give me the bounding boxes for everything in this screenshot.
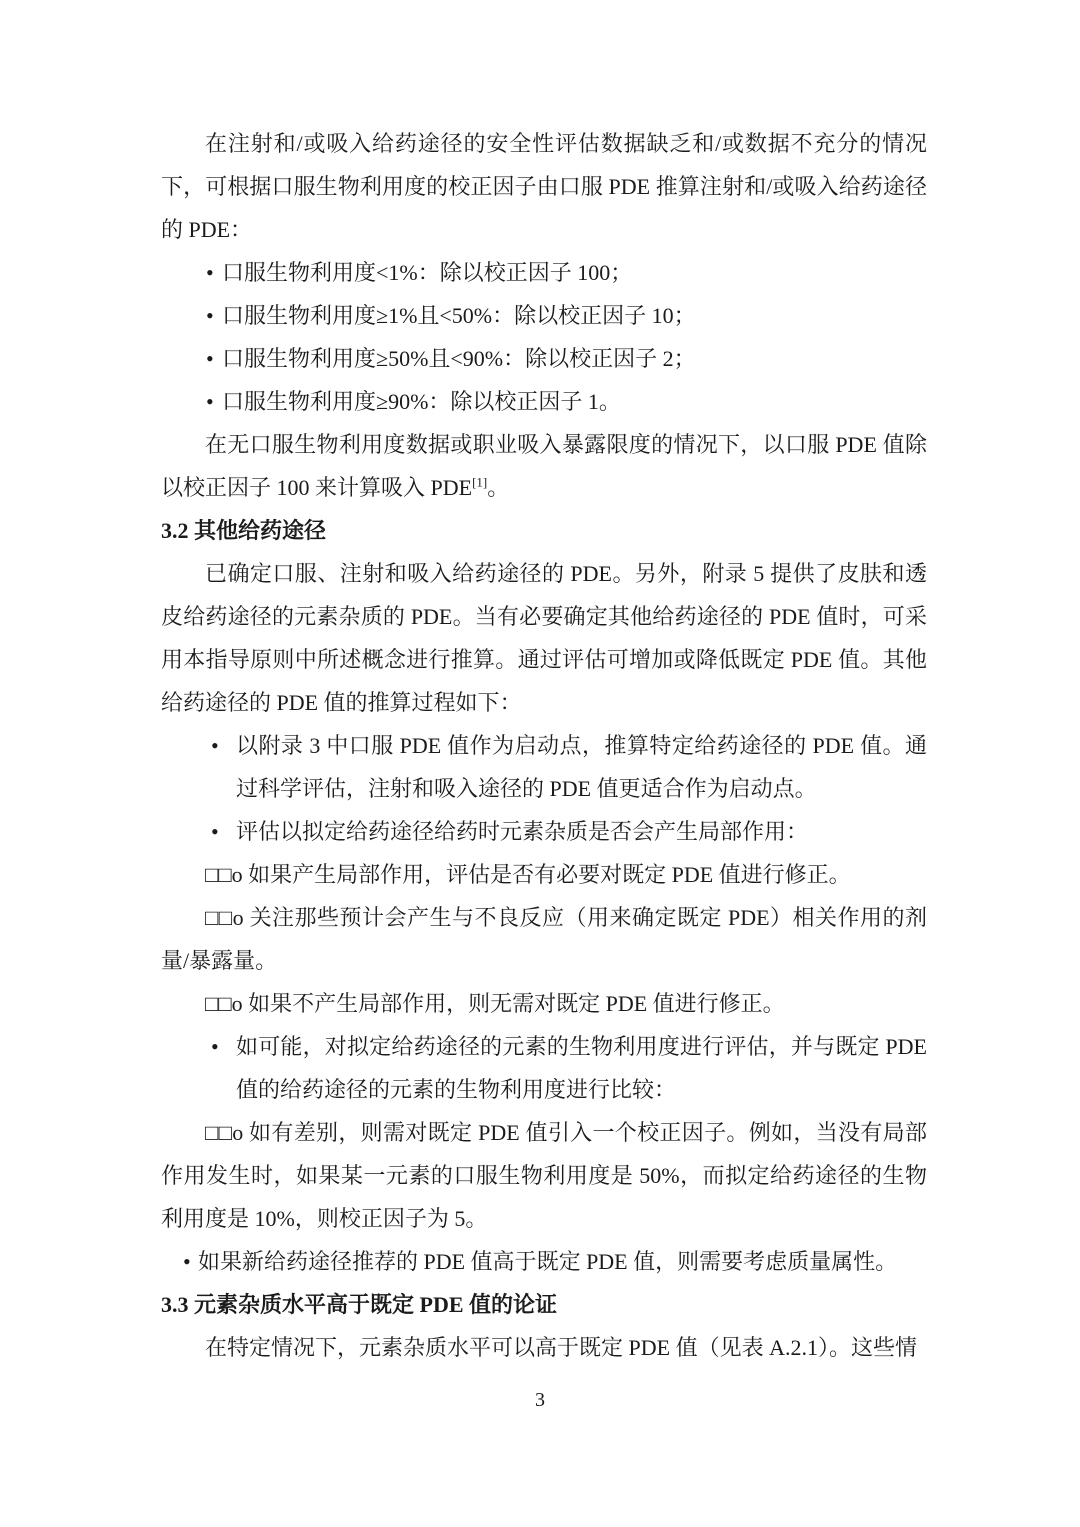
bullet-item-text: 评估以拟定给药途径给药时元素杂质是否会产生局部作用： <box>236 819 808 844</box>
list-item-bioavailability-lt1: • 口服生物利用度<1%：除以校正因子 100； <box>161 251 927 294</box>
footnote-ref-1: [1] <box>472 475 487 490</box>
list-item-bioavailability-50-90: • 口服生物利用度≥50%且<90%：除以校正因子 2； <box>161 337 927 380</box>
list-item-bioavailability-1-50: • 口服生物利用度≥1%且<50%：除以校正因子 10； <box>161 294 927 337</box>
bullet-icon: • <box>183 1240 191 1283</box>
bullet-icon: • <box>206 251 214 294</box>
bullet-icon: • <box>206 380 214 423</box>
heading-3-2: 3.2 其他给药途径 <box>161 509 927 552</box>
page-number: 3 <box>0 1386 1080 1414</box>
list-item-text: 口服生物利用度≥50%且<90%：除以校正因子 2； <box>222 346 696 371</box>
list-item-text: 口服生物利用度≥90%：除以校正因子 1。 <box>222 389 621 414</box>
bullet-icon: • <box>211 724 219 767</box>
document-page: 在注射和/或吸入给药途径的安全性评估数据缺乏和/或数据不充分的情况下，可根据口服… <box>0 0 1080 1527</box>
bullet-icon: • <box>206 337 214 380</box>
list-item-text: 口服生物利用度<1%：除以校正因子 100； <box>222 260 632 285</box>
bullet-item-text: 如可能，对拟定给药途径的元素的生物利用度进行评估，并与既定 PDE 值的给药途径… <box>236 1034 927 1102</box>
bullet-icon: • <box>211 1025 219 1068</box>
bullet-item-new-route-pde: • 如果新给药途径推荐的 PDE 值高于既定 PDE 值，则需要考虑质量属性。 <box>161 1240 927 1283</box>
page-content: 在注射和/或吸入给药途径的安全性评估数据缺乏和/或数据不充分的情况下，可根据口服… <box>161 122 927 1369</box>
sub-item-adverse-reaction-dose: □□o 关注那些预计会产生与不良反应（用来确定既定 PDE）相关作用的剂量/暴露… <box>161 896 927 982</box>
para-text-before-footnote: 在无口服生物利用度数据或职业吸入暴露限度的情况下，以口服 PDE 值除以校正因子… <box>161 432 927 500</box>
sub-item-local-effect-yes: □□o 如果产生局部作用，评估是否有必要对既定 PDE 值进行修正。 <box>161 853 927 896</box>
para-levels-above-pde: 在特定情况下，元素杂质水平可以高于既定 PDE 值（见表 A.2.1）。这些情 <box>161 1326 927 1369</box>
list-oral-bioavailability-factors: • 口服生物利用度<1%：除以校正因子 100； • 口服生物利用度≥1%且<5… <box>161 251 927 423</box>
para-text-after-footnote: 。 <box>487 475 509 500</box>
bullet-item-text: 以附录 3 中口服 PDE 值作为启动点，推算特定给药途径的 PDE 值。通过科… <box>236 733 927 801</box>
sub-item-correction-factor-example: □□o 如有差别，则需对既定 PDE 值引入一个校正因子。例如，当没有局部作用发… <box>161 1111 927 1240</box>
list-item-text: 口服生物利用度≥1%且<50%：除以校正因子 10； <box>222 303 696 328</box>
para-no-oral-bioavailability: 在无口服生物利用度数据或职业吸入暴露限度的情况下，以口服 PDE 值除以校正因子… <box>161 423 927 509</box>
bullet-icon: • <box>206 294 214 337</box>
sub-item-local-effect-no: □□o 如果不产生局部作用，则无需对既定 PDE 值进行修正。 <box>161 982 927 1025</box>
bullet-item-appendix3-starting-point: • 以附录 3 中口服 PDE 值作为启动点，推算特定给药途径的 PDE 值。通… <box>161 724 927 810</box>
bullet-icon: • <box>211 810 219 853</box>
bullet-item-bioavailability-comparison: • 如可能，对拟定给药途径的元素的生物利用度进行评估，并与既定 PDE 值的给药… <box>161 1025 927 1111</box>
para-injection-inhalation-intro: 在注射和/或吸入给药途径的安全性评估数据缺乏和/或数据不充分的情况下，可根据口服… <box>161 122 927 251</box>
heading-3-3: 3.3 元素杂质水平高于既定 PDE 值的论证 <box>161 1283 927 1326</box>
list-item-bioavailability-ge90: • 口服生物利用度≥90%：除以校正因子 1。 <box>161 380 927 423</box>
bullet-item-local-effect-assessment: • 评估以拟定给药途径给药时元素杂质是否会产生局部作用： <box>161 810 927 853</box>
bullet-item-text: 如果新给药途径推荐的 PDE 值高于既定 PDE 值，则需要考虑质量属性。 <box>198 1249 897 1274</box>
para-other-routes-intro: 已确定口服、注射和吸入给药途径的 PDE。另外，附录 5 提供了皮肤和透皮给药途… <box>161 552 927 724</box>
